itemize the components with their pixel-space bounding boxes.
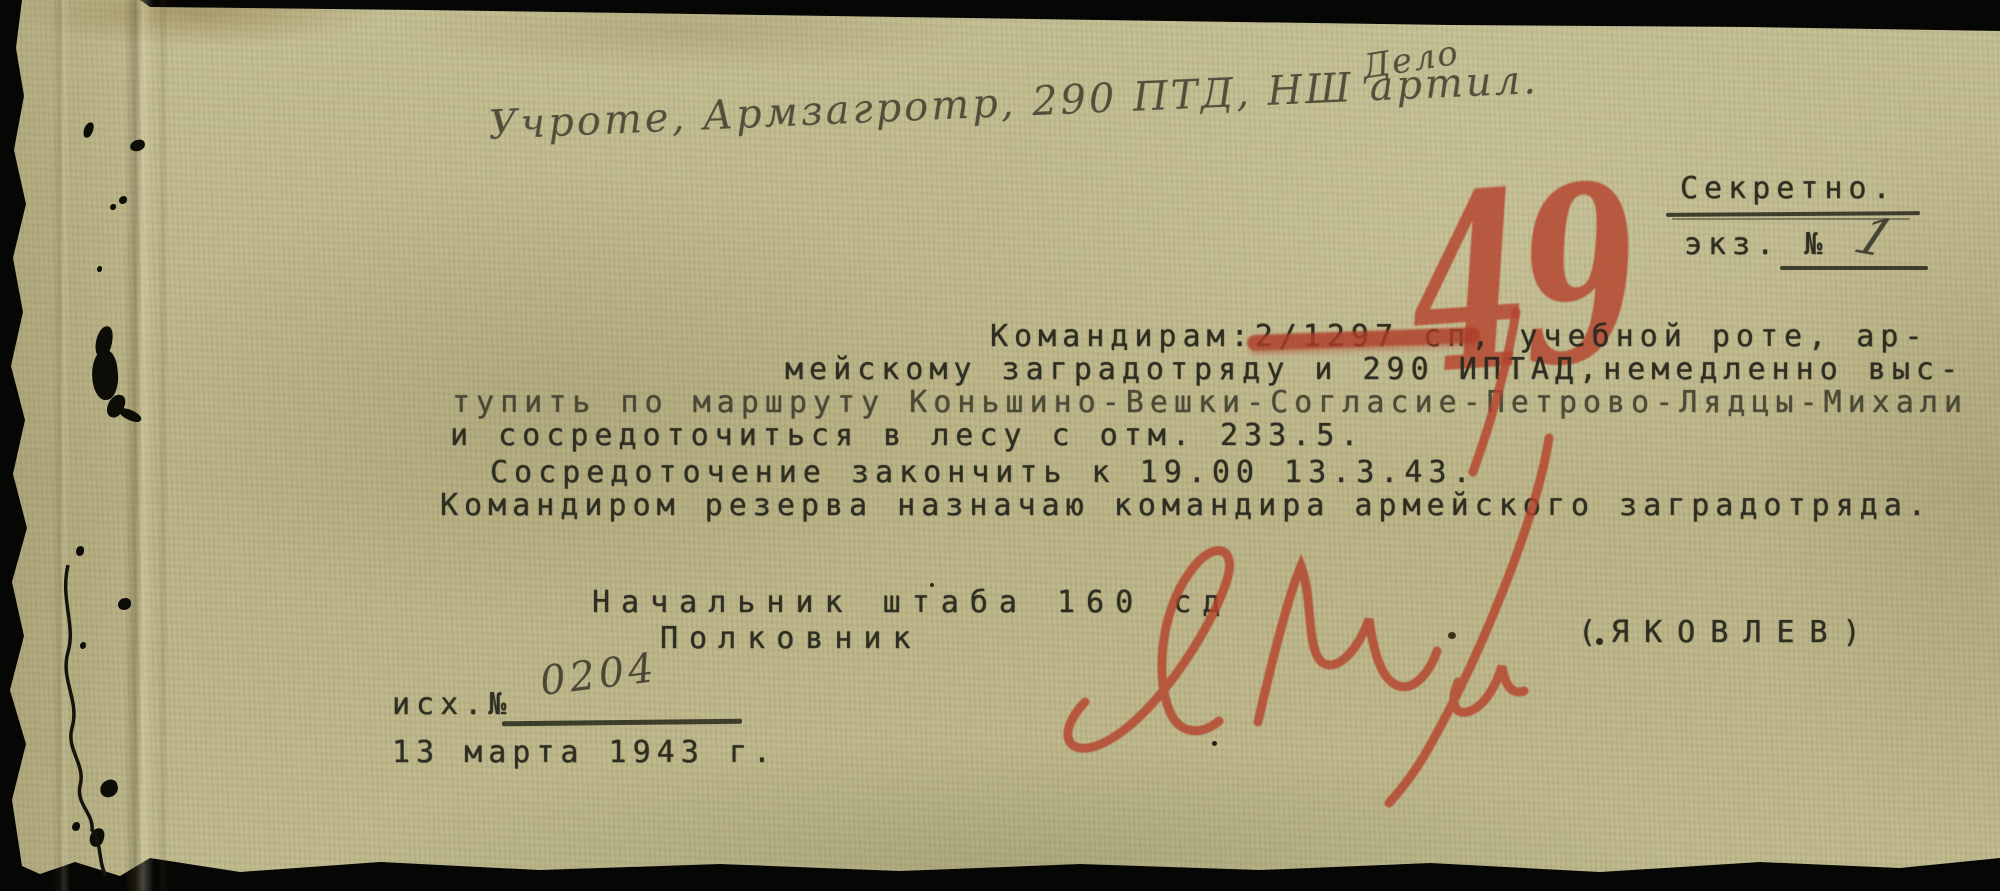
addressees-label: Командирам: bbox=[990, 319, 1255, 354]
date-line: 13 марта 1943 г. bbox=[392, 738, 777, 768]
body-line-1-rest: , учебной роте, ар- bbox=[1471, 319, 1928, 354]
outgoing-number-label: исх.№ bbox=[392, 690, 512, 720]
scanned-document: Учроте, Армзагротр, 290 ПТД, НШ артил. Д… bbox=[0, 0, 2000, 891]
struck-unit: 2/1297 сп bbox=[1255, 322, 1472, 352]
body-line-4: и сосредоточиться в лесу с отм. 233.5. bbox=[450, 421, 1364, 451]
classification-stamp: Секретно. bbox=[1680, 174, 1897, 204]
body-line-3: тупить по маршруту Коньшино-Вешки-Соглас… bbox=[452, 388, 1968, 418]
signature-name: (ЯКОВЛЕВ) bbox=[1578, 618, 1876, 648]
body-line-1: Командирам:2/1297 сп, учебной роте, ар- bbox=[990, 322, 1928, 352]
body-line-5: Сосредоточение закончить к 19.00 13.3.43… bbox=[490, 458, 1477, 488]
signature-rank: Полковник bbox=[660, 624, 922, 654]
age-speck bbox=[1448, 632, 1456, 639]
copy-number-label: экз. № bbox=[1684, 230, 1828, 260]
body-line-2: мейскому заградотряду и 290 ИПТАД,немедл… bbox=[785, 355, 1964, 385]
age-speck bbox=[1212, 741, 1217, 746]
signature-position: Начальник штаба 160 сд bbox=[592, 588, 1231, 618]
underline bbox=[1780, 266, 1928, 270]
body-line-6: Командиром резерва назначаю командира ар… bbox=[440, 491, 1932, 521]
